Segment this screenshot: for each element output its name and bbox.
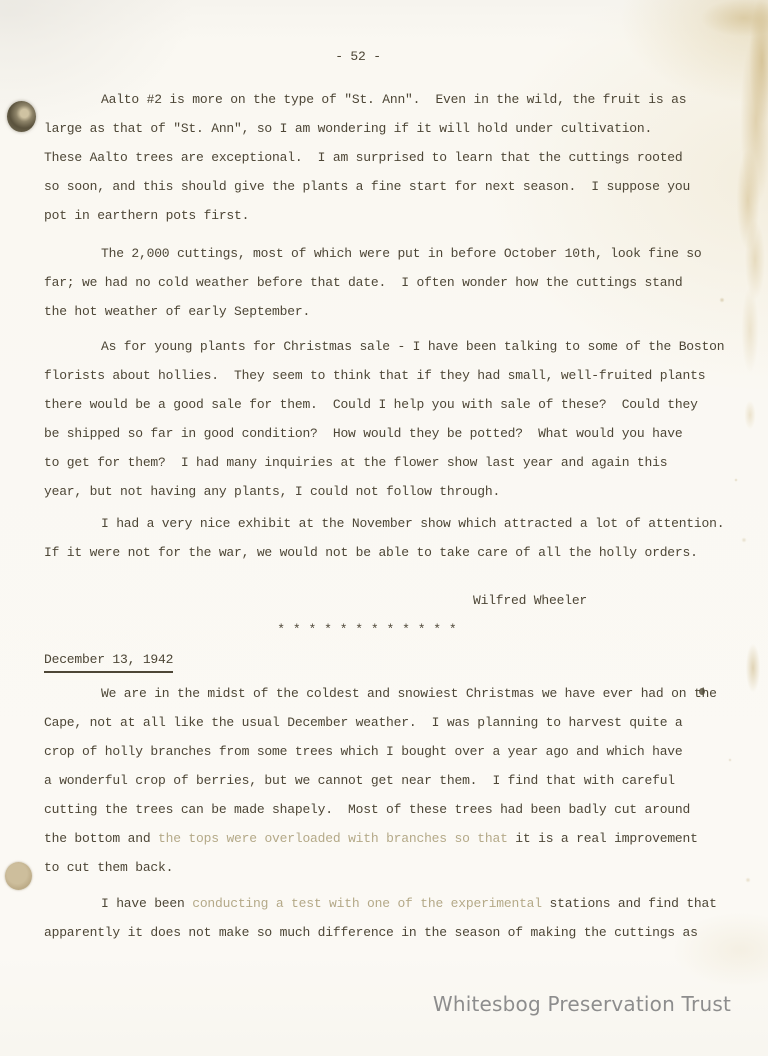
punch-hole-bottom (5, 862, 32, 890)
paragraph-christmas-sale: As for young plants for Christmas sale -… (44, 332, 710, 506)
text-line: I had a very nice exhibit at the Novembe… (44, 509, 710, 538)
text-line: apparently it does not make so much diff… (44, 918, 710, 947)
entry-date-text: December 13, 1942 (44, 649, 173, 673)
text-line: We are in the midst of the coldest and s… (44, 679, 710, 708)
paragraph-aalto: Aalto #2 is more on the type of "St. Ann… (44, 85, 710, 230)
letter-content: - 52 - Aalto #2 is more on the type of "… (44, 0, 710, 947)
text-line: Cape, not at all like the usual December… (44, 708, 710, 737)
paragraph-cuttings: The 2,000 cuttings, most of which were p… (44, 239, 710, 326)
entry-date-heading: December 13, 1942 (44, 645, 710, 675)
text-segment: stations and find that (542, 896, 717, 911)
text-line: pot in earthern pots first. (44, 201, 710, 230)
text-line: to cut them back. (44, 853, 710, 882)
page-number: - 52 - (25, 42, 691, 71)
asterisk-divider: * * * * * * * * * * * * (34, 615, 700, 644)
faded-text-segment: the tops were overloaded with branches s… (158, 831, 508, 846)
text-line: These Aalto trees are exceptional. I am … (44, 143, 710, 172)
text-line: florists about hollies. They seem to thi… (44, 361, 710, 390)
text-line: The 2,000 cuttings, most of which were p… (44, 239, 710, 268)
paragraph-december-entry: We are in the midst of the coldest and s… (44, 679, 710, 882)
scanned-letter-page: - 52 - Aalto #2 is more on the type of "… (0, 0, 768, 1056)
archive-watermark: Whitesbog Preservation Trust (433, 992, 731, 1016)
text-line: year, but not having any plants, I could… (44, 477, 710, 506)
text-line: so soon, and this should give the plants… (44, 172, 710, 201)
text-segment: it is a real improvement (508, 831, 698, 846)
text-line-partially-faded: I have been conducting a test with one o… (44, 889, 710, 918)
text-line: Aalto #2 is more on the type of "St. Ann… (44, 85, 710, 114)
text-line: the hot weather of early September. (44, 297, 710, 326)
signature-wilfred-wheeler: Wilfred Wheeler (44, 586, 710, 615)
text-line: a wonderful crop of berries, but we cann… (44, 766, 710, 795)
text-line: large as that of "St. Ann", so I am wond… (44, 114, 710, 143)
punch-hole-top (7, 101, 36, 132)
text-line: As for young plants for Christmas sale -… (44, 332, 710, 361)
text-line: cutting the trees can be made shapely. M… (44, 795, 710, 824)
faded-text-segment: conducting a test with one of the experi… (192, 896, 542, 911)
text-line: be shipped so far in good condition? How… (44, 419, 710, 448)
text-segment: I have been (101, 896, 192, 911)
text-line: If it were not for the war, we would not… (44, 538, 710, 567)
paragraph-exhibit: I had a very nice exhibit at the Novembe… (44, 509, 710, 567)
paragraph-experiment: I have been conducting a test with one o… (44, 889, 710, 947)
text-line-partially-faded: the bottom and the tops were overloaded … (44, 824, 710, 853)
text-line: far; we had no cold weather before that … (44, 268, 710, 297)
text-line: crop of holly branches from some trees w… (44, 737, 710, 766)
text-line: there would be a good sale for them. Cou… (44, 390, 710, 419)
text-line: to get for them? I had many inquiries at… (44, 448, 710, 477)
text-segment: the bottom and (44, 831, 158, 846)
